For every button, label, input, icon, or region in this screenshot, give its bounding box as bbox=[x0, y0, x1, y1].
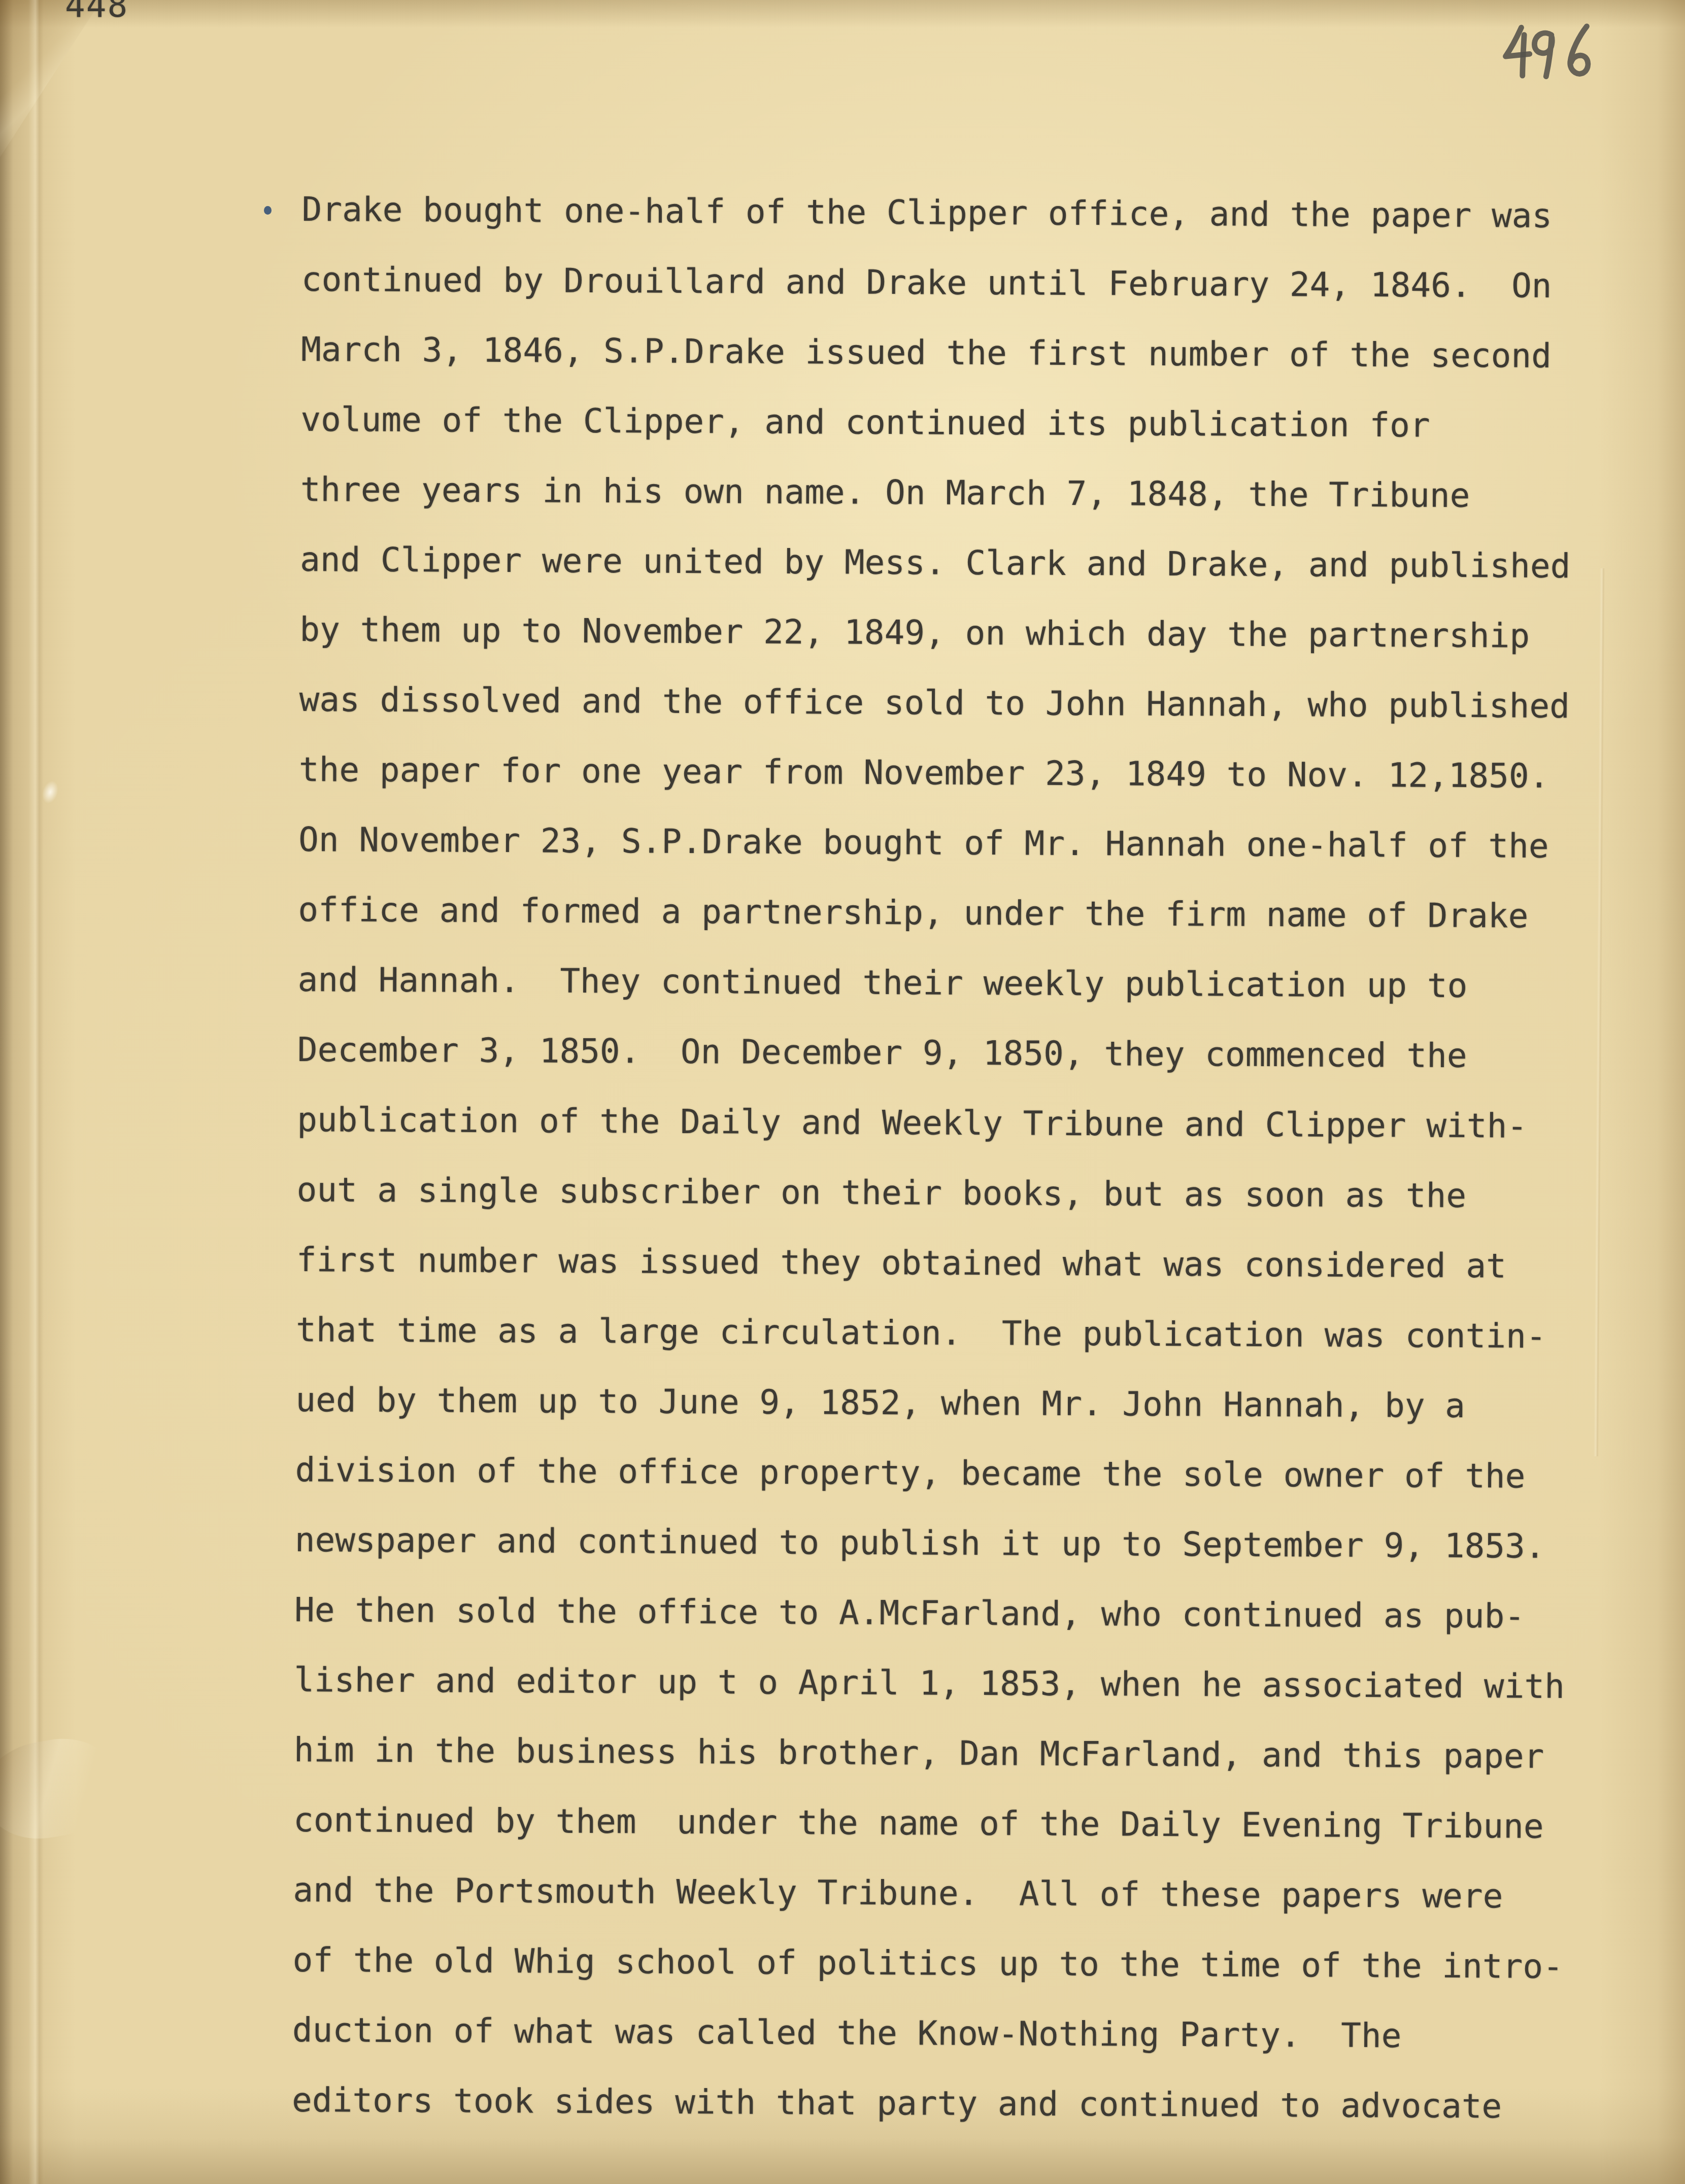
text-line: that time as a large circulation. The pu… bbox=[296, 1295, 1596, 1372]
text-line: of the old Whig school of politics up to… bbox=[292, 1925, 1592, 2002]
text-line: editors took sides with that party and c… bbox=[292, 2065, 1592, 2142]
handwritten-page-number bbox=[1499, 21, 1601, 87]
handwritten-digit-4-stem bbox=[1521, 35, 1526, 76]
text-line: duction of what was called the Know-Noth… bbox=[292, 1995, 1592, 2072]
text-line: publication of the Daily and Weekly Trib… bbox=[297, 1085, 1597, 1162]
text-line: lisher and editor up t o April 1, 1853, … bbox=[294, 1645, 1594, 1722]
text-line: and Clipper were united by Mess. Clark a… bbox=[300, 525, 1600, 601]
paper-crease-left bbox=[28, 0, 44, 2184]
blue-ink-dot bbox=[264, 206, 272, 215]
text-line: continued by Drouillard and Drake until … bbox=[301, 245, 1601, 321]
text-line: On November 23, S.P.Drake bought of Mr. … bbox=[298, 805, 1598, 881]
text-line: the paper for one year from November 23,… bbox=[298, 735, 1598, 811]
text-line: by them up to November 22, 1849, on whic… bbox=[299, 595, 1599, 671]
text-line: and Hannah. They continued their weekly … bbox=[297, 945, 1597, 1021]
text-line: him in the business his brother, Dan McF… bbox=[293, 1715, 1593, 1792]
handwritten-digit-9 bbox=[1534, 33, 1554, 77]
text-line: Drake bought one-half of the Clipper off… bbox=[301, 175, 1601, 251]
paper-crease-bottom-left bbox=[0, 1730, 124, 1848]
text-line: office and formed a partnership, under t… bbox=[298, 875, 1598, 951]
text-line: March 3, 1846, S.P.Drake issued the firs… bbox=[301, 315, 1601, 391]
text-line: and the Portsmouth Weekly Tribune. All o… bbox=[293, 1855, 1593, 1932]
text-line: He then sold the office to A.McFarland, … bbox=[294, 1575, 1594, 1652]
text-line: continued by them under the name of the … bbox=[293, 1785, 1593, 1862]
text-line: first number was issued they obtained wh… bbox=[296, 1225, 1596, 1302]
text-line: out a single subscriber on their books, … bbox=[296, 1155, 1596, 1232]
text-line: newspaper and continued to publish it up… bbox=[295, 1505, 1595, 1582]
typed-page-number: 448 bbox=[65, 0, 128, 22]
text-line: division of the office property, became … bbox=[295, 1435, 1595, 1512]
handwritten-digit-6 bbox=[1569, 26, 1588, 74]
text-line: three years in his own name. On March 7,… bbox=[300, 455, 1600, 531]
text-line: was dissolved and the office sold to Joh… bbox=[299, 665, 1599, 741]
text-line: volume of the Clipper, and continued its… bbox=[300, 385, 1600, 461]
scanned-page: 448 Drake bought one-half of the Clipper… bbox=[0, 0, 1685, 2184]
typewritten-text-block: Drake bought one-half of the Clipper off… bbox=[292, 175, 1601, 2142]
text-line: ued by them up to June 9, 1852, when Mr.… bbox=[295, 1365, 1595, 1442]
text-line: December 3, 1850. On December 9, 1850, t… bbox=[297, 1015, 1597, 1091]
